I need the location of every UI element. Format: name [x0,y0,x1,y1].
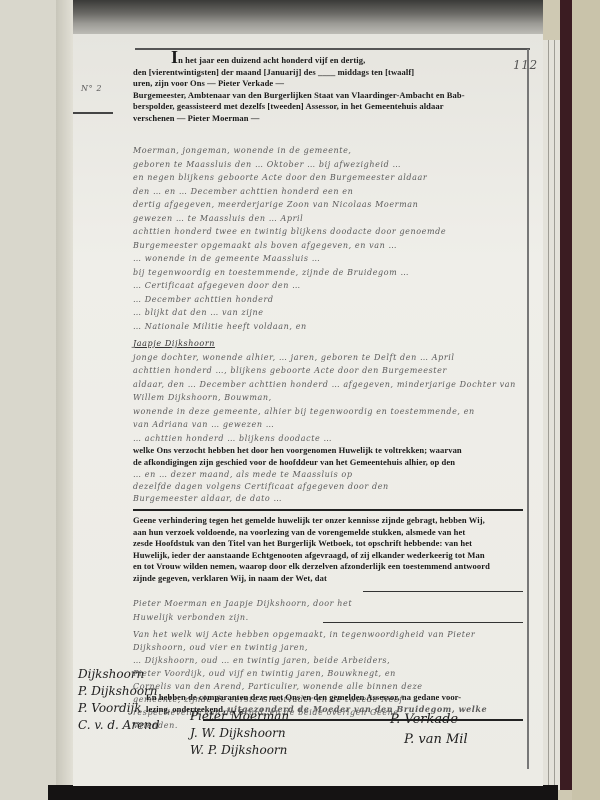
signature: P. Dijkshoorn [78,683,160,700]
fill-rule [323,622,523,623]
intro-line-6: verschenen — Pieter Moerman — [133,113,521,125]
printed-line: welke Ons verzocht hebben het door hen v… [133,445,521,457]
signature: P. Voordijk [78,700,160,717]
background-surface [572,0,600,800]
hw-line: Burgemeester opgemaakt als boven afgegev… [133,239,521,253]
page-edges [540,40,562,790]
printed-line: aan hun verzoek voldoende, na voorlezing… [133,527,521,539]
hw-line: bij tegenwoordig en toestemmende, zijnde… [133,266,521,280]
bride-details-handwritten: Jaapje Dijkshoorn jonge dochter, wonende… [133,337,521,445]
hw-line: achttien honderd twee en twintig blijken… [133,225,521,239]
hw-line: wonende in deze gemeente, alhier bij teg… [133,405,521,419]
left-page-gutter [56,0,73,800]
signature: P. van Mil [390,730,468,750]
proclamation-handwritten: … en … dezer maand, als mede te Maasslui… [133,469,521,505]
printed-line: Geene verhindering tegen het gemelde huw… [133,515,521,527]
book-bottom-edge [48,785,558,800]
hw-line: gewezen … te Maassluis den … April [133,212,521,226]
section-divider [133,509,523,511]
groom-details-handwritten: Moerman, jongeman, wonende in de gemeent… [133,144,521,333]
top-photo-overlay [73,0,543,34]
bride-name: Jaapje Dijkshoorn [133,339,215,348]
hw-line: … achttien honderd … blijkens doodacte … [133,432,521,446]
hw-line: … wonende in de gemeente Maassluis … [133,252,521,266]
intro-line-4: Burgemeester, Ambtenaar van den Burgerli… [133,90,521,102]
hw-line: geboren te Maassluis den … Oktober … bij… [133,158,521,172]
hw-line: en negen blijkens geboorte Acte door den… [133,171,521,185]
printed-line: En hebben de comparanten deze met Ons en… [146,692,534,704]
fill-rule [363,591,523,592]
hw-line: Pieter Voordijk, oud vijf en twintig jar… [133,667,521,680]
printed-line: en tot Vrouw wilden nemen, waarop door e… [133,561,521,573]
hw-line: Van het welk wij Acte hebben opgemaakt, … [133,628,521,654]
union-declaration-handwritten: Pieter Moerman en Jaapje Dijkshoorn, doo… [133,597,521,625]
intro-line-5: berspolder, geassisteerd met dezelfs [tw… [133,101,521,113]
hw-line: Burgemeester aldaar, de dato … [133,493,521,505]
signature: C. v. d. Arend [78,717,160,734]
hw-line: Pieter Moerman en Jaapje Dijkshoorn, doo… [133,597,521,611]
intro-line-1: n het jaar een duizend acht honderd vijf… [178,55,365,65]
hw-line: van Adriana van … gewezen … [133,418,521,432]
margin-rule [73,112,113,114]
signature: P. Verkade [390,710,468,730]
margin-record-number: N° 2 [81,84,102,93]
signature: J. W. Dijkshoorn [190,725,289,742]
hw-line: dertig afgegeven, meerderjarige Zoon van… [133,198,521,212]
hw-line: jonge dochter, wonende alhier, … jaren, … [133,351,521,365]
hw-line: den … en … December achttien honderd een… [133,185,521,199]
printed-request-block: welke Ons verzocht hebben het door hen v… [133,445,521,468]
hw-line: achttien honderd …, blijkens geboorte Ac… [133,364,521,378]
signature: Pieter Moerman [190,708,289,725]
intro-block: In het jaar een duizend acht honderd vij… [133,52,521,124]
hw-line: … en … dezer maand, als mede te Maasslui… [133,469,521,481]
signatures-right: P. Verkade P. van Mil [390,710,468,750]
printed-line: Huwelijk, ieder der aanstaande Echtgenoo… [133,550,521,562]
hw-line: … December achttien honderd [133,293,521,307]
printed-line: zijnde gegeven, verklaren Wij, in naam d… [133,573,521,585]
intro-line-2: den [vierentwintigsten] der maand [Janua… [133,67,521,79]
signature: Dijkshoorn [78,666,160,683]
printed-declaration-block: Geene verhindering tegen het gemelde huw… [133,515,521,584]
book-cover-edge [560,0,572,790]
hw-line: … Nationale Militie heeft voldaan, en [133,320,521,334]
hw-line: dezelfde dagen volgens Certificaat afgeg… [133,481,521,493]
signatures-left: Dijkshoorn P. Dijkshoorn P. Voordijk C. … [78,666,160,734]
hw-line: Moerman, jongeman, wonende in de gemeent… [133,144,521,158]
printed-line: de afkondigingen zijn geschied voor de h… [133,457,521,469]
hw-line: … Dijkshoorn, oud … en twintig jaren, be… [133,654,521,667]
printed-line: zesde Hoofdstuk van den Titel van het Bu… [133,538,521,550]
intro-line-3: uren, zijn voor Ons — Pieter Verkade — [133,78,521,90]
hw-line: aldaar, den … December achttien honderd … [133,378,521,405]
hw-line: … Certificaat afgegeven door den … [133,279,521,293]
hw-line: … blijkt dat den … van zijne [133,306,521,320]
signatures-center: Pieter Moerman J. W. Dijkshoorn W. P. Di… [190,708,289,759]
signature: W. P. Dijkshoorn [190,742,289,759]
